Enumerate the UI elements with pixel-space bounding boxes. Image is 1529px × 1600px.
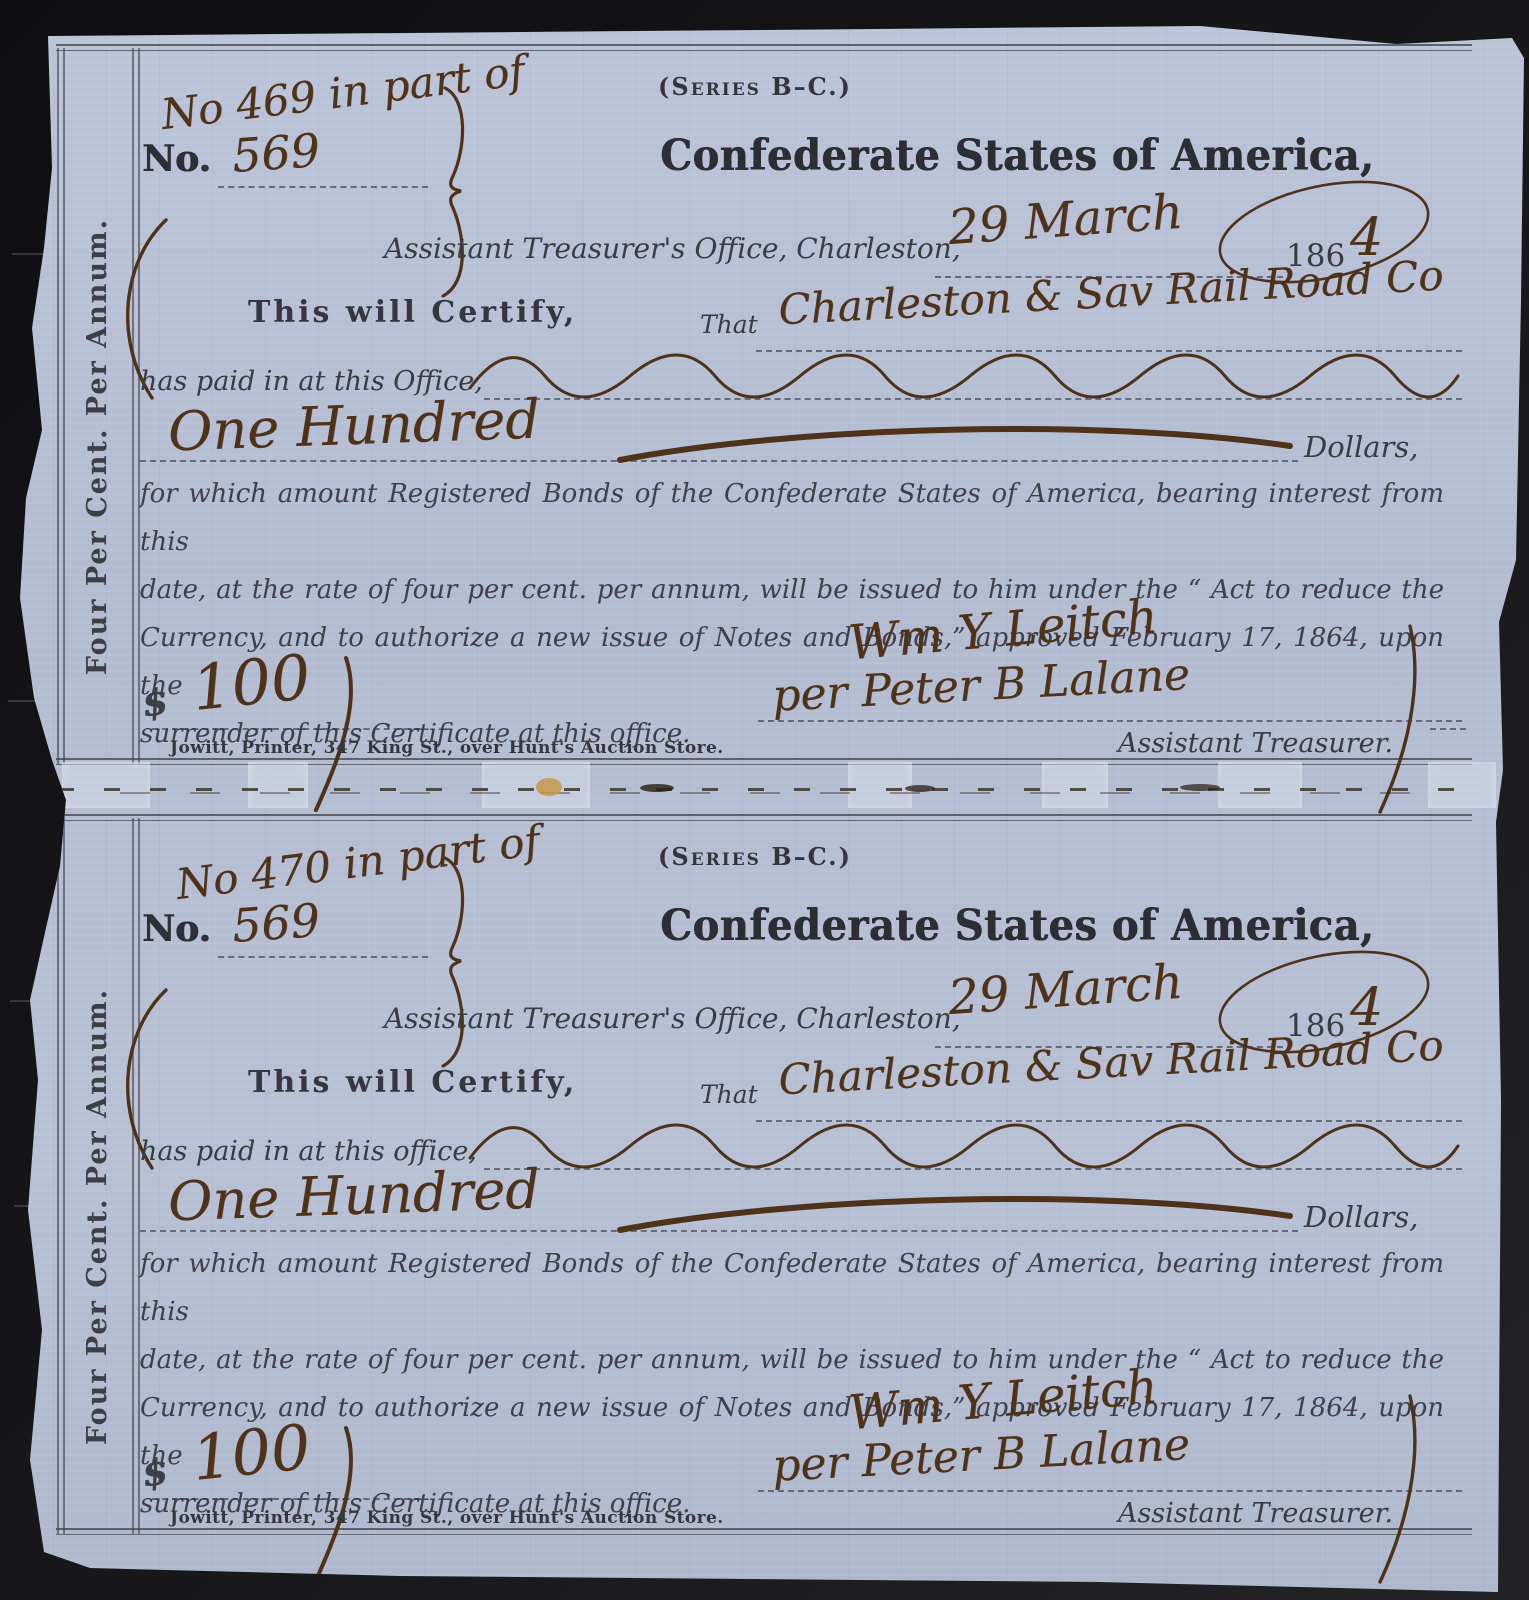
pen-flourish-squiggle — [470, 1116, 1460, 1176]
pen-flourish-brace — [435, 88, 481, 298]
photo-background: Four Per Cent. Per Annum. No 469 in part… — [0, 0, 1529, 1600]
number-label: No. — [142, 138, 211, 180]
handwritten-amount-numeral: 100 — [189, 1410, 314, 1495]
handwritten-date: 29 March — [946, 184, 1184, 256]
handwritten-number: 569 — [230, 893, 321, 953]
pen-flourish-swoosh — [620, 1194, 1310, 1240]
seam-stain — [640, 784, 674, 792]
signer-title-label: Assistant Treasurer. — [1118, 728, 1393, 759]
that-label: That — [700, 1080, 758, 1109]
dollars-label: Dollars, — [1304, 1200, 1419, 1234]
series-label: (Series B–C.) — [658, 72, 852, 101]
pen-flourish-swoosh — [620, 424, 1310, 470]
top-border-rule — [56, 814, 1472, 821]
body-line: for which amount Registered Bonds of the… — [140, 470, 1444, 566]
sidebar-rate-label: Four Per Cent. Per Annum. — [82, 988, 113, 1445]
handwritten-amount-words: One Hundred — [167, 1158, 541, 1234]
seam-stain — [1180, 784, 1220, 791]
number-dotted-line — [218, 956, 428, 958]
office-line-label: Assistant Treasurer's Office, Charleston… — [384, 1002, 961, 1035]
printer-credit: Jowitt, Printer, 347 King St., over Hunt… — [170, 738, 724, 758]
pen-flourish-signature-tail — [1380, 1396, 1430, 1586]
signature-dotted-line — [758, 720, 1462, 722]
signature-dotted-line — [758, 1490, 1462, 1492]
left-border-line — [57, 818, 59, 1534]
numeral-dotted-line — [152, 728, 420, 730]
pen-flourish-squiggle — [470, 346, 1460, 406]
that-label: That — [700, 310, 758, 339]
signer-title-label: Assistant Treasurer. — [1118, 1498, 1393, 1529]
top-border-rule — [56, 44, 1472, 51]
sidebar-rate-label: Four Per Cent. Per Annum. — [82, 218, 113, 675]
handwritten-amount-numeral: 100 — [189, 640, 314, 725]
right-edge-dotted-line — [1430, 728, 1466, 730]
dollars-label: Dollars, — [1304, 430, 1419, 464]
office-line-label: Assistant Treasurer's Office, Charleston… — [384, 232, 961, 265]
seam-stain — [905, 785, 935, 792]
handwritten-part-number: No 470 in part of — [173, 816, 542, 909]
numeral-dotted-line — [152, 1498, 420, 1500]
number-label: No. — [142, 908, 211, 950]
seam-crack — [120, 792, 1420, 794]
certificate-sheet: Four Per Cent. Per Annum. No 469 in part… — [0, 0, 1529, 1600]
series-label: (Series B–C.) — [658, 842, 852, 871]
left-border-line — [57, 48, 59, 764]
bottom-border-rule — [56, 1528, 1472, 1535]
certificate-lower: Four Per Cent. Per Annum. No 470 in part… — [0, 800, 1529, 1545]
body-line: date, at the rate of four per cent. per … — [140, 1336, 1444, 1384]
body-line: date, at the rate of four per cent. per … — [140, 566, 1444, 614]
seam-crack — [58, 788, 1478, 791]
certify-label: This will Certify, — [248, 1065, 577, 1100]
handwritten-number: 569 — [230, 123, 321, 183]
seam-stain — [536, 778, 562, 796]
handwritten-date: 29 March — [946, 954, 1184, 1026]
pen-flourish-brace — [435, 858, 481, 1068]
number-dotted-line — [218, 186, 428, 188]
printer-credit: Jowitt, Printer, 347 King St., over Hunt… — [170, 1508, 724, 1528]
body-line: for which amount Registered Bonds of the… — [140, 1240, 1444, 1336]
certificate-upper: Four Per Cent. Per Annum. No 469 in part… — [0, 30, 1529, 775]
certify-label: This will Certify, — [248, 295, 577, 330]
handwritten-amount-words: One Hundred — [167, 388, 541, 464]
